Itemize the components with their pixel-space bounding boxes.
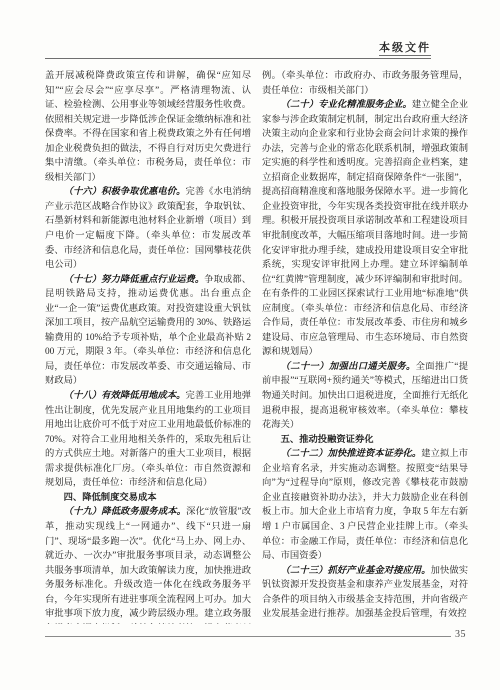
clause-title: （二十三）抓好产业基金对接应用。 (281, 566, 431, 576)
clause-title: （十六）积极争取优惠电价。 (64, 187, 186, 197)
paragraph-text: 例。（牵头单位：市政府办、市政务服务管理局，责任单位：市级相关部门） (262, 71, 468, 96)
document-page: 本级文件 盖开展减税降费政策宣传和讲解，确保“应知尽知”“应会尽会”“应享尽享”… (0, 0, 500, 690)
clause-body: 建立健全企业家参与涉企政策制定机制，制定出台政府重大经济决策主动向企业家和行业协… (262, 100, 468, 357)
text-columns: 盖开展减税降费政策宣传和讲解，确保“应知尽知”“应会尽会”“应享尽享”。严格清理… (45, 69, 468, 624)
clause-body: 完善工业用地弹性出让制度，优先发展产业且用地集约的工业项目用地出让底价可不低于对… (45, 391, 251, 488)
clause-22: （二十二）加快推进资本证券化。建立拟上市企业培育名录，并实施动态调整。按照变“结… (262, 447, 468, 563)
clause-21: （二十一）加强出口通关服务。全面推广“提前申报”“互联网+预约通关”等模式，压缩… (262, 360, 468, 433)
clause-body: 争取成都、昆明铁路局支持，推动运费优惠。出台重点企业“一企一策”运费优惠政策。对… (45, 275, 251, 387)
clause-19: （十九）降低政务服务成本。深化“放管服”改革，推动实现线上“一网通办”、线下“只… (45, 505, 251, 624)
left-column: 盖开展减税降费政策宣传和讲解，确保“应知尽知”“应会尽会”“应享尽享”。严格清理… (45, 69, 251, 624)
clause-16: （十六）积极争取优惠电价。完善《水电消纳产业示范区战略合作协议》政策配套，争取钒… (45, 185, 251, 272)
clause-title: （二十二）加快推进资本证券化。 (281, 449, 422, 459)
header-label: 本级文件 (379, 42, 431, 56)
clause-body: 建立拟上市企业培育名录，并实施动态调整。按照变“结果导向”为“过程导向”原则，修… (262, 449, 468, 561)
clause-body: 深化“放管服”改革，推动实现线上“一网通办”、线下“只进一扇门”、现场“最多跑一… (45, 507, 251, 624)
clause-title: （二十）专业化精准服务企业。 (281, 100, 412, 110)
clause-20: （二十）专业化精准服务企业。建立健全企业家参与涉企政策制定机制，制定出台政府重大… (262, 98, 468, 360)
clause-body: 完善《水电消纳产业示范区战略合作协议》政策配套，争取钒钛、石墨新材料和新能源电池… (45, 187, 251, 270)
footer-divider (45, 636, 451, 637)
paragraph-text: 盖开展减税降费政策宣传和讲解，确保“应知尽知”“应会尽会”“应享尽享”。严格清理… (45, 71, 251, 183)
right-column: 例。（牵头单位：市政府办、市政务服务管理局，责任单位：市级相关部门） （二十）专… (262, 69, 468, 624)
clause-18: （十八）有效降低用地成本。完善工业用地弹性出让制度，优先发展产业且用地集约的工业… (45, 389, 251, 491)
clause-23: （二十三）抓好产业基金对接应用。加快做实钒钛资源开发投资基金和康养产业发展基金，… (262, 564, 468, 622)
section-heading-4: 四、降低制度交易成本 (45, 491, 251, 506)
clause-body: 全面推广“提前申报”“互联网+预约通关”等模式，压缩进出口货物通关时间。加快出口… (262, 362, 468, 430)
clause-title: （十七）努力降低重点行业运费。 (64, 275, 205, 285)
page-header: 本级文件 (45, 38, 431, 59)
clause-title: （十九）降低政务服务成本。 (64, 507, 186, 517)
clause-title: （十八）有效降低用地成本。 (64, 391, 186, 401)
clause-title: （二十一）加强出口通关服务。 (281, 362, 416, 372)
clause-17: （十七）努力降低重点行业运费。争取成都、昆明铁路局支持，推动运费优惠。出台重点企… (45, 273, 251, 389)
page-number: 35 (455, 629, 479, 640)
paragraph-continuation: 例。（牵头单位：市政府办、市政务服务管理局，责任单位：市级相关部门） (262, 69, 468, 98)
paragraph-continuation: 盖开展减税降费政策宣传和讲解，确保“应知尽知”“应会尽会”“应享尽享”。严格清理… (45, 69, 251, 185)
section-heading-5: 五、推动投融资证券化 (262, 433, 468, 448)
